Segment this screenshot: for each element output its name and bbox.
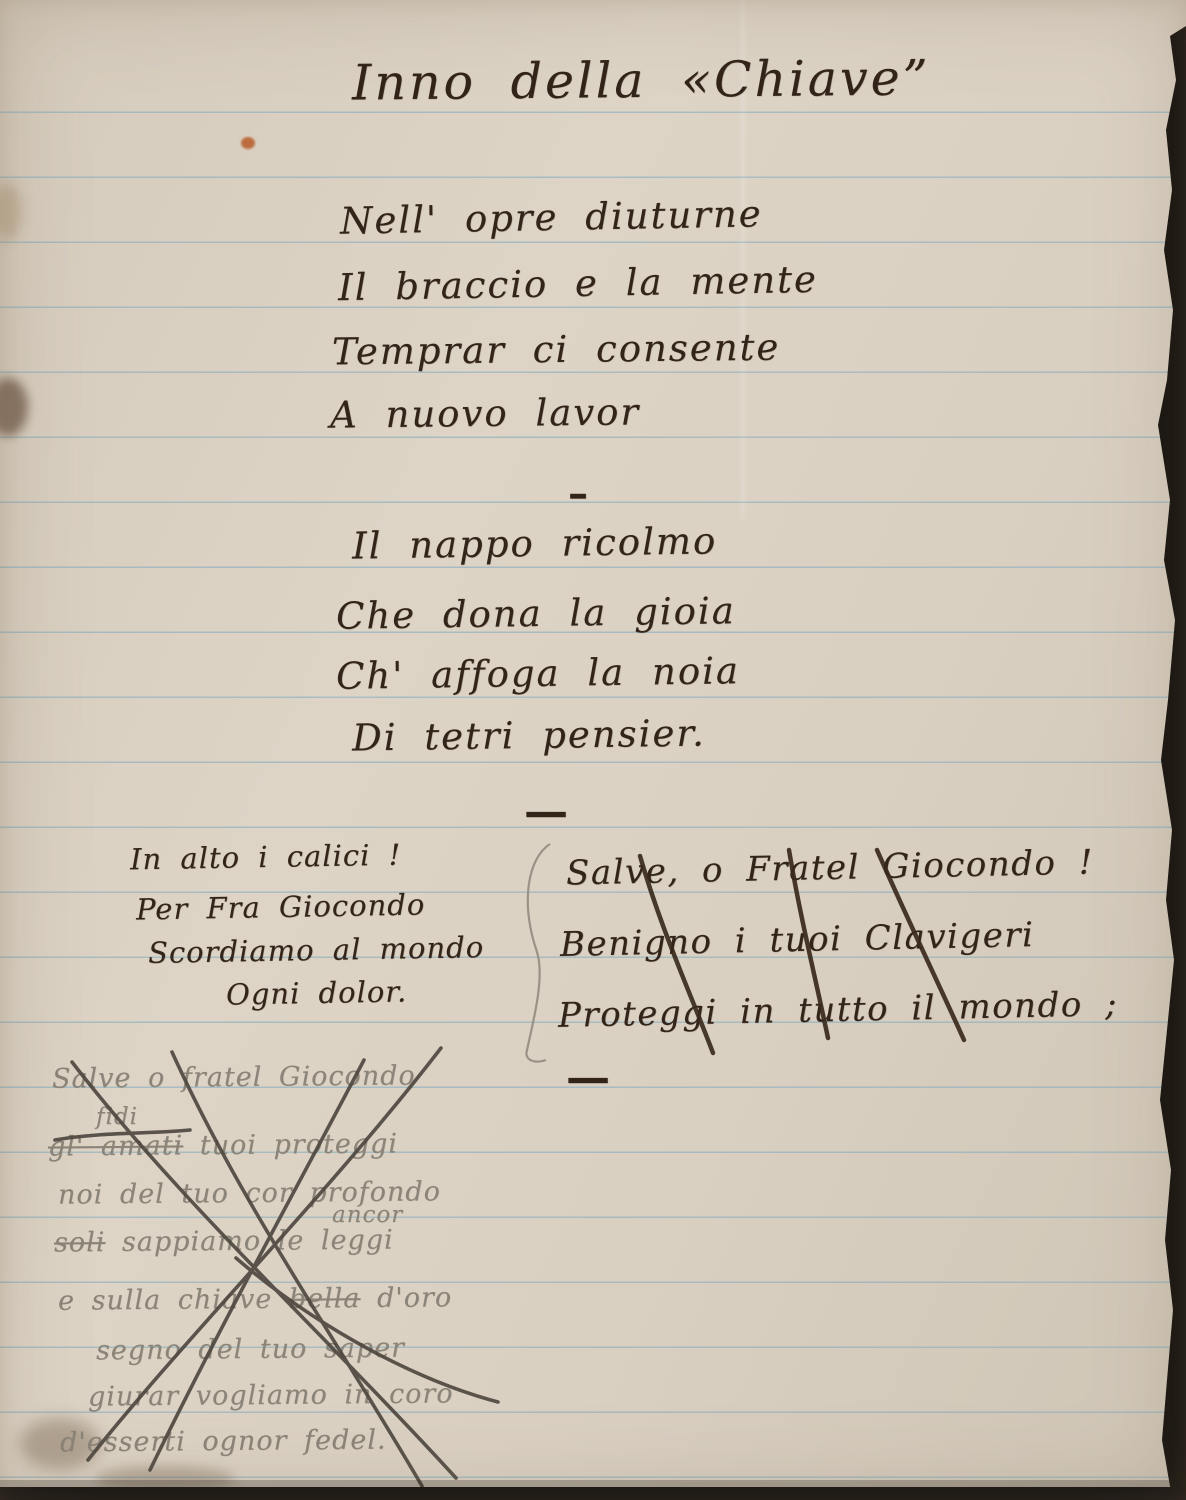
poem-line: Benigno i tuoi Clavigeri xyxy=(560,915,1035,965)
pencil-word: tuoi proteggi xyxy=(200,1128,398,1161)
pencil-word-struck: soli xyxy=(54,1227,106,1258)
pencil-insertion: fidi xyxy=(96,1104,138,1130)
paper-stain xyxy=(0,378,28,436)
curly-brace-pencil xyxy=(526,844,550,1062)
stanza-separator-dash: — xyxy=(566,1052,610,1103)
pencil-line: Salve o fratel Giocondo xyxy=(52,1060,416,1094)
poem-line: Per Fra Giocondo xyxy=(136,887,426,926)
paper-stain xyxy=(95,1466,235,1492)
poem-line: Ogni dolor. xyxy=(226,974,408,1011)
poem-line: A nuovo lavor xyxy=(330,390,641,436)
poem-line: Salve, o Fratel Giocondo ! xyxy=(566,842,1095,893)
poem-line: Che dona la gioia xyxy=(336,589,736,638)
pencil-word: d'oro xyxy=(377,1282,452,1314)
paper-stain xyxy=(0,183,22,241)
poem-title: Inno della «Chiave” xyxy=(352,49,931,111)
poem-line: Proteggi in tutto il mondo ; xyxy=(558,984,1119,1036)
bottom-edge xyxy=(0,1487,1186,1500)
poem-line: In alto i calici ! xyxy=(130,838,402,877)
pencil-line: giurar vogliamo in coro xyxy=(88,1378,454,1412)
paper-stain xyxy=(241,137,255,149)
poem-line: Di tetri pensier. xyxy=(352,712,706,760)
pencil-word: sappiamo le leggi xyxy=(122,1225,394,1258)
stanza-separator-dash: — xyxy=(524,786,568,837)
pencil-line: d'esserti ognor fedel. xyxy=(60,1425,387,1459)
torn-edge xyxy=(1158,26,1186,1492)
pencil-line: soli sappiamo le leggi xyxy=(54,1225,394,1259)
poem-line: Scordiamo al mondo xyxy=(148,930,485,970)
pencil-line: gl' amati tuoi proteggi xyxy=(48,1128,398,1162)
poem-line: Il nappo ricolmo xyxy=(352,519,718,567)
stanza-separator-dash: – xyxy=(568,470,588,517)
pencil-word: e sulla chiave xyxy=(58,1284,272,1317)
pencil-line: segno del tuo saper xyxy=(96,1333,405,1367)
pencil-word-struck: bella xyxy=(289,1283,361,1315)
poem-line: Temprar ci consente xyxy=(332,326,781,374)
poem-line: Ch' affoga la noia xyxy=(336,649,741,698)
poem-line: Il braccio e la mente xyxy=(338,258,819,309)
poem-line: Nell' opre diuturne xyxy=(340,192,763,242)
pencil-word-struck: gl' amati xyxy=(48,1130,183,1162)
pencil-line: e sulla chiave bella d'oro xyxy=(58,1282,452,1316)
manuscript-page: Inno della «Chiave” Nell' opre diuturne … xyxy=(0,0,1186,1500)
bottom-edge-shadow xyxy=(0,1480,1186,1487)
